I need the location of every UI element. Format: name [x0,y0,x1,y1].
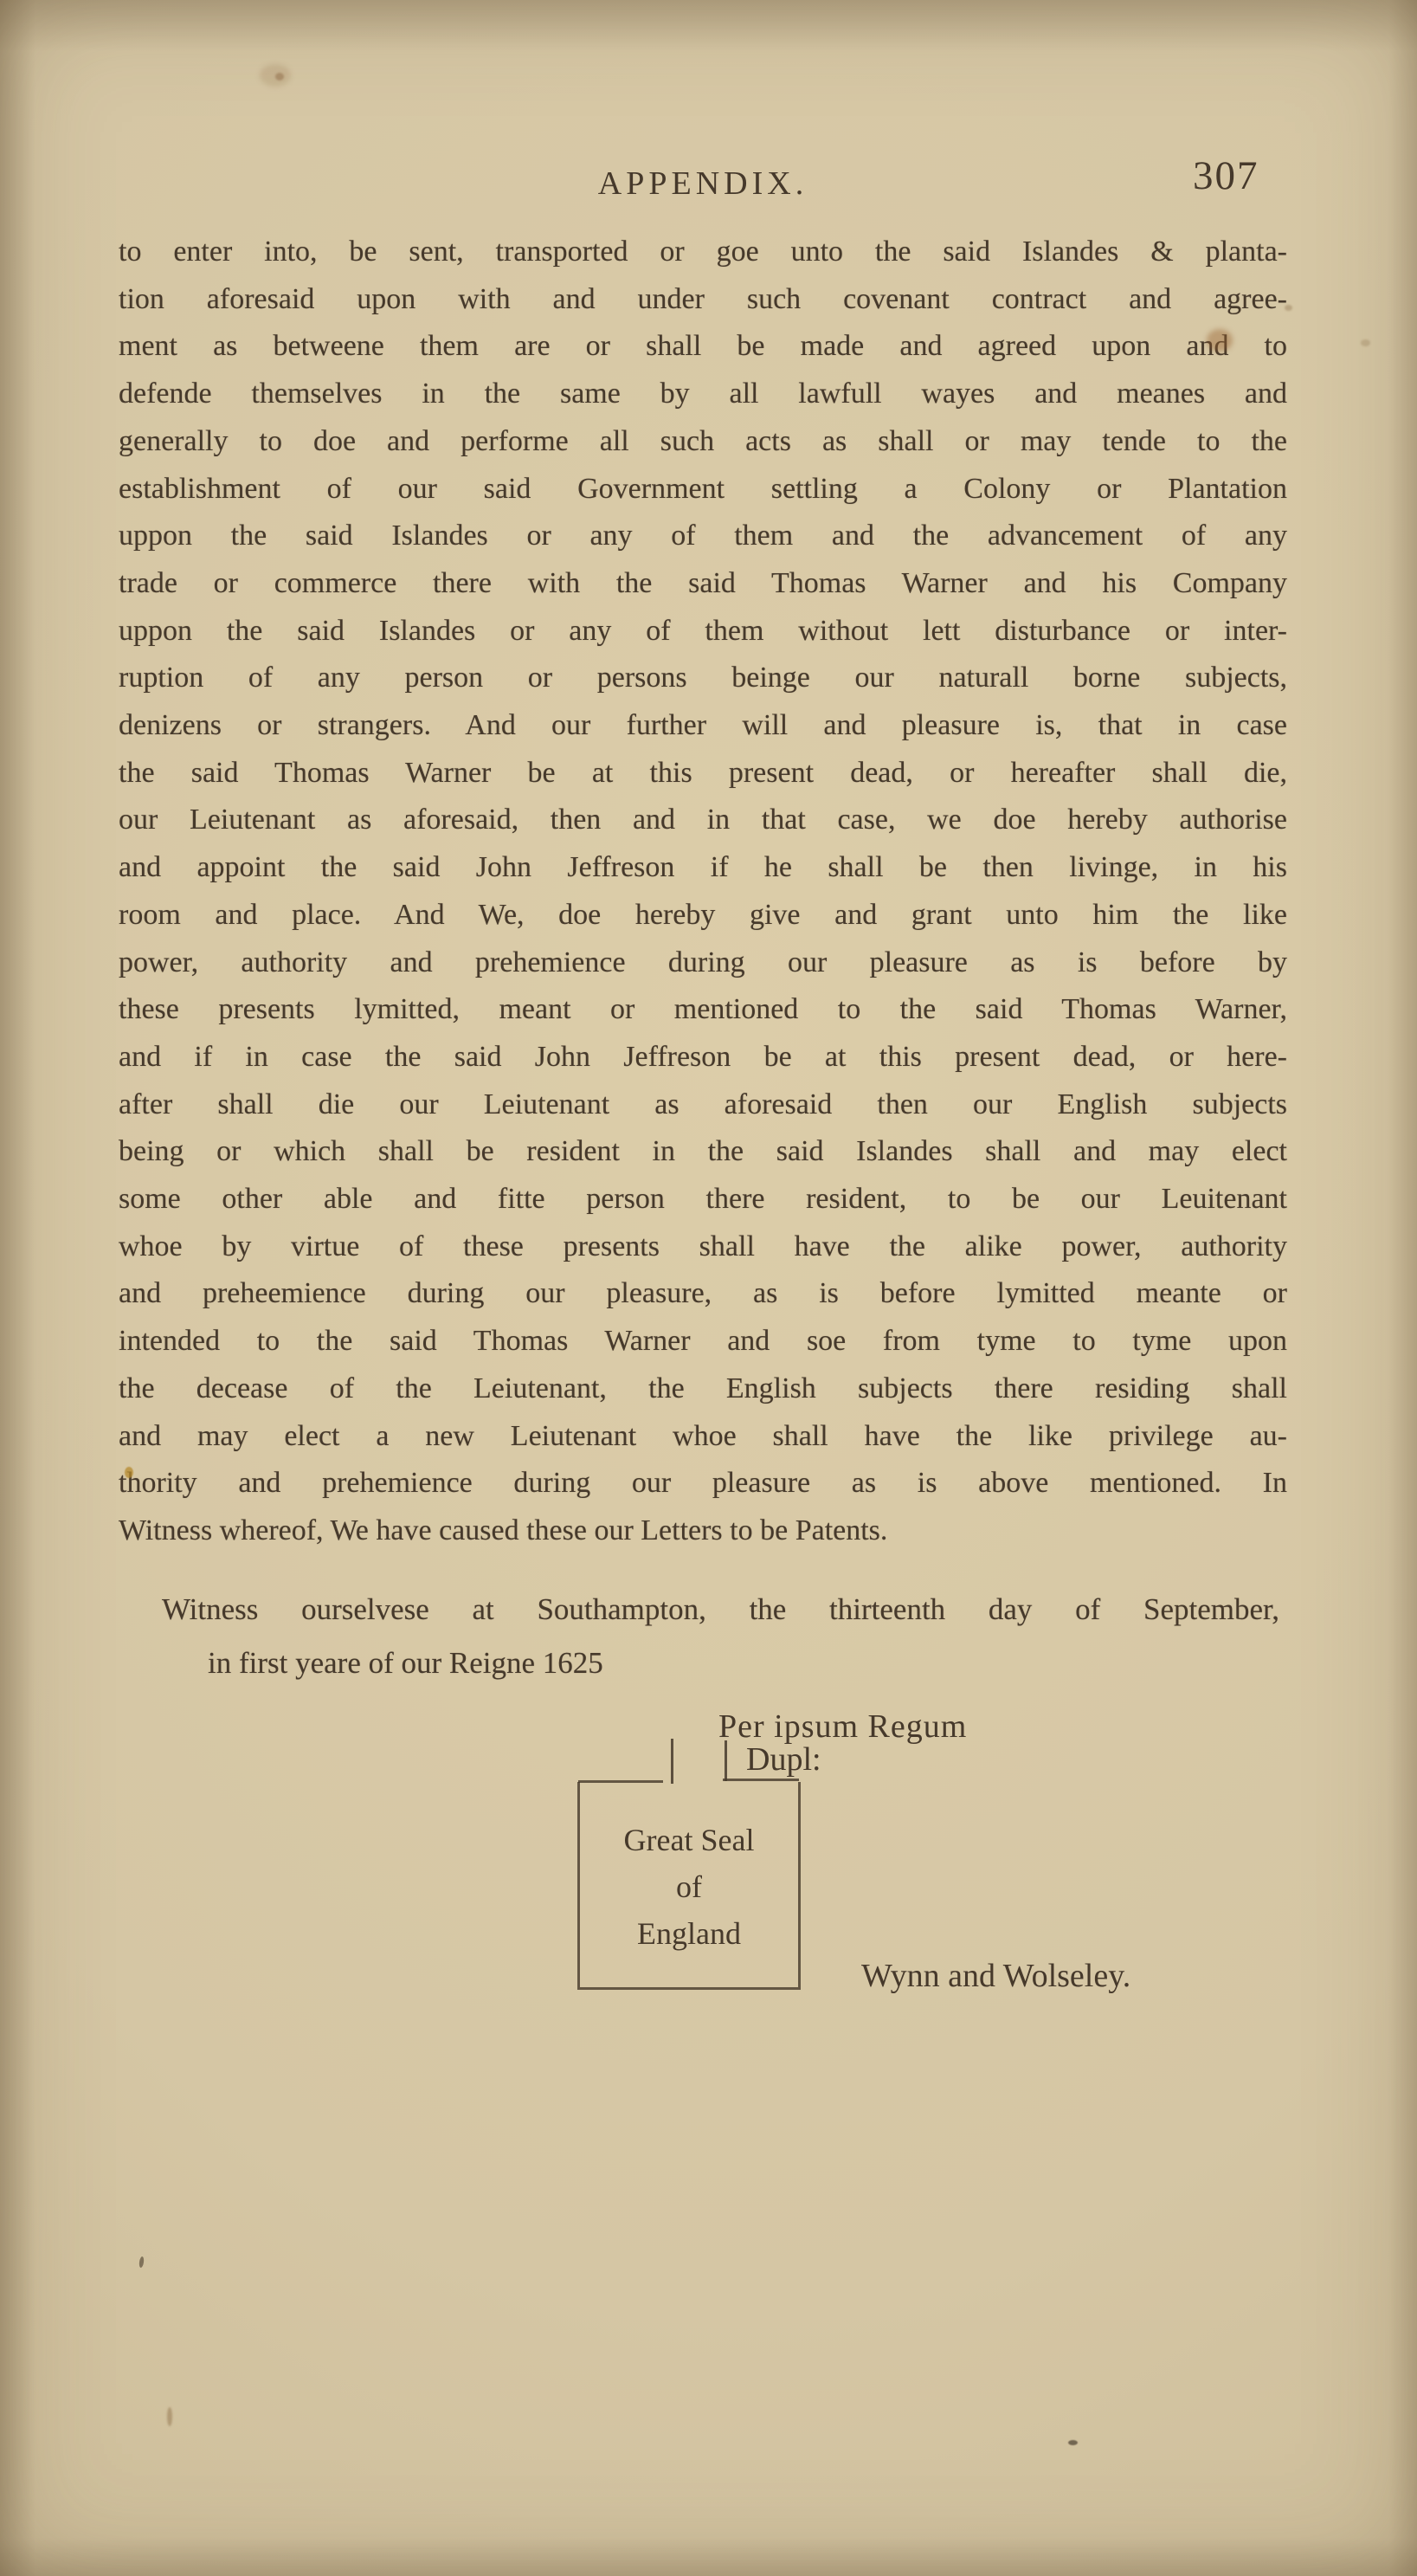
body-line: being or which shall be resident in the … [119,1128,1287,1176]
stain [275,73,284,81]
body-line: generally to doe and performe all such a… [119,418,1287,466]
seal-line: Great Seal [580,1817,798,1863]
body-line: uppon the said Islandes or any of them w… [119,608,1287,655]
body-line: whoe by virtue of these presents shall h… [119,1223,1287,1271]
body-line: the said Thomas Warner be at this presen… [119,750,1287,797]
body-line: denizens or strangers. And our further w… [119,702,1287,750]
body-line: these presents lymitted, meant or mentio… [119,986,1287,1034]
body-line: intended to the said Thomas Warner and s… [119,1318,1287,1365]
body-line: ruption of any person or persons beinge … [119,655,1287,702]
body-line: to enter into, be sent, transported or g… [119,229,1287,276]
body-line: some other able and fitte person there r… [119,1176,1287,1223]
stain [1361,339,1370,346]
body-line: uppon the said Islandes or any of them a… [119,513,1287,560]
horizontal-rule [723,1779,799,1781]
body-line: tion aforesaid upon with and under such … [119,276,1287,324]
body-line: after shall die our Leiutenant as afores… [119,1081,1287,1129]
body-paragraph: to enter into, be sent, transported or g… [119,229,1287,1555]
signature-label: Wynn and Wolseley. [861,1957,1130,1995]
body-line: the decease of the Leiutenant, the Engli… [119,1365,1287,1413]
vertical-rule [671,1739,673,1784]
witness-line-2: in first yeare of our Reigne 1625 [162,1637,1279,1690]
body-line: establishment of our said Government set… [119,466,1287,513]
running-head: APPENDIX. [119,165,1287,203]
body-line: our Leiutenant as aforesaid, then and in… [119,797,1287,844]
body-line: and if in case the said John Jeffreson b… [119,1034,1287,1081]
great-seal-box: Great Seal of England [577,1782,801,1990]
body-line: defende themselves in the same by all la… [119,371,1287,418]
page-number: 307 [1193,152,1259,199]
dupl-label: Dupl: [746,1740,821,1779]
seal-line: England [580,1910,798,1957]
body-line: and may elect a new Leiutenant whoe shal… [119,1413,1287,1461]
body-line: and preheemience during our pleasure, as… [119,1270,1287,1318]
stain [260,64,291,87]
stain [167,2407,172,2426]
horizontal-rule [578,1780,663,1783]
body-line: and appoint the said John Jeffreson if h… [119,844,1287,892]
body-line: thority and prehemience during our pleas… [119,1460,1287,1508]
body-line: trade or commerce there with the said Th… [119,560,1287,608]
body-line: room and place. And We, doe hereby give … [119,892,1287,939]
stain [1068,2440,1078,2445]
witness-paragraph: Witness ourselvese at Southampton, the t… [162,1583,1279,1690]
stain [138,2256,145,2269]
body-line: ment as betweene them are or shall be ma… [119,323,1287,371]
seal-line: of [580,1863,798,1910]
body-line: Witness whereof, We have caused these ou… [119,1508,1287,1555]
per-ipsum-regum-label: Per ipsum Regum [718,1708,967,1746]
witness-line-1: Witness ourselvese at Southampton, the t… [162,1583,1279,1637]
book-page: APPENDIX. 307 to enter into, be sent, tr… [0,0,1417,2576]
body-line: power, authority and prehemience during … [119,939,1287,987]
vertical-rule [725,1740,727,1781]
